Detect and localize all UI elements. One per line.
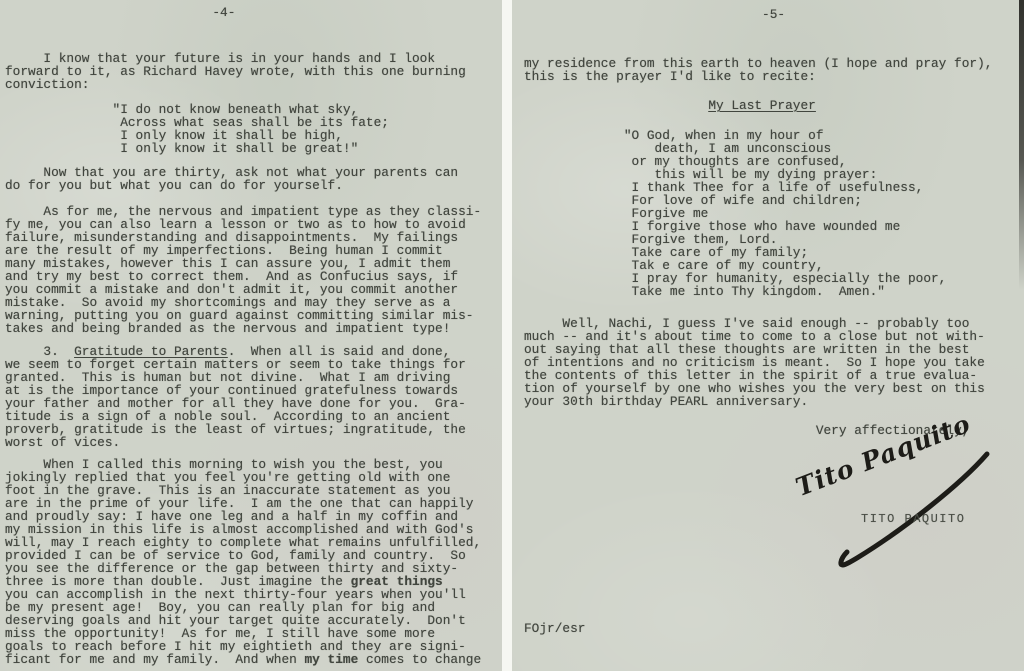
scanned-letter: -4- I know that your future is in your h… (0, 0, 1024, 671)
text-segment: takes and being branded as the nervous a… (5, 321, 450, 336)
letter-line: takes and being branded as the nervous a… (5, 322, 502, 335)
page-4-body: -4- I know that your future is in your h… (0, 0, 502, 666)
letter-line: ficant for me and my family. And when my… (5, 653, 502, 666)
text-segment: worst of vices. (5, 435, 120, 450)
prayer: "O God, when in my hour of death, I am u… (524, 129, 1024, 298)
paragraph: I know that your future is in your hands… (5, 52, 502, 91)
letter-line: My Last Prayer (524, 99, 1024, 112)
letter-line: this is the prayer I'd like to recite: (524, 70, 1024, 83)
text-segment: ficant for me and my family. And when (5, 652, 305, 667)
page-number: -5- (524, 8, 1024, 21)
letter-line: I only know it shall be great!" (5, 142, 502, 155)
letter-page-5: -5-my residence from this earth to heave… (512, 0, 1024, 671)
paragraph: When I called this morning to wish you t… (5, 458, 502, 666)
paragraph: Now that you are thirty, ask not what yo… (5, 166, 502, 192)
letter-line: Take me into Thy kingdom. Amen." (524, 285, 1024, 298)
text-segment: I only know it shall be great!" (5, 141, 358, 156)
letter-line: FOjr/esr (524, 622, 1024, 635)
verse-quote: "I do not know beneath what sky, Across … (5, 103, 502, 155)
signature-block: Tito Paquito TITO PAQUITO (795, 438, 995, 578)
letter-line: do for you but what you can do for yours… (5, 179, 502, 192)
text-segment: Take me into Thy kingdom. Amen." (524, 284, 885, 299)
text-segment: conviction: (5, 77, 89, 92)
paragraph: 3. Gratitude to Parents. When all is sai… (5, 345, 502, 449)
text-segment: your 30th birthday PEARL anniversary. (524, 394, 808, 409)
text-segment: FOjr/esr (524, 621, 585, 636)
page-number: -4- (5, 6, 502, 19)
text-segment: my time (305, 652, 359, 667)
scan-edge-shadow (1019, 0, 1024, 290)
text-segment: do for you but what you can do for yours… (5, 178, 343, 193)
text-segment: comes to change (358, 652, 481, 667)
prayer-title: My Last Prayer (524, 99, 1024, 112)
letter-line: -5- (524, 8, 1024, 21)
text-segment (524, 98, 708, 113)
letter-line: worst of vices. (5, 436, 502, 449)
letter-line: -4- (5, 6, 502, 19)
paragraph: Well, Nachi, I guess I've said enough --… (524, 317, 1024, 408)
text-segment: -5- (524, 7, 785, 22)
signature-typed-name: TITO PAQUITO (861, 512, 965, 526)
page-gap (502, 0, 512, 671)
letter-line: conviction: (5, 78, 502, 91)
letter-line: your 30th birthday PEARL anniversary. (524, 395, 1024, 408)
paragraph: As for me, the nervous and impatient typ… (5, 205, 502, 335)
letter-page-4: -4- I know that your future is in your h… (0, 0, 502, 671)
text-segment: -4- (5, 5, 235, 20)
underlined-text: My Last Prayer (708, 98, 816, 113)
typist-initials: FOjr/esr (524, 622, 1024, 635)
paragraph: my residence from this earth to heaven (… (524, 57, 1024, 83)
text-segment: this is the prayer I'd like to recite: (524, 69, 816, 84)
